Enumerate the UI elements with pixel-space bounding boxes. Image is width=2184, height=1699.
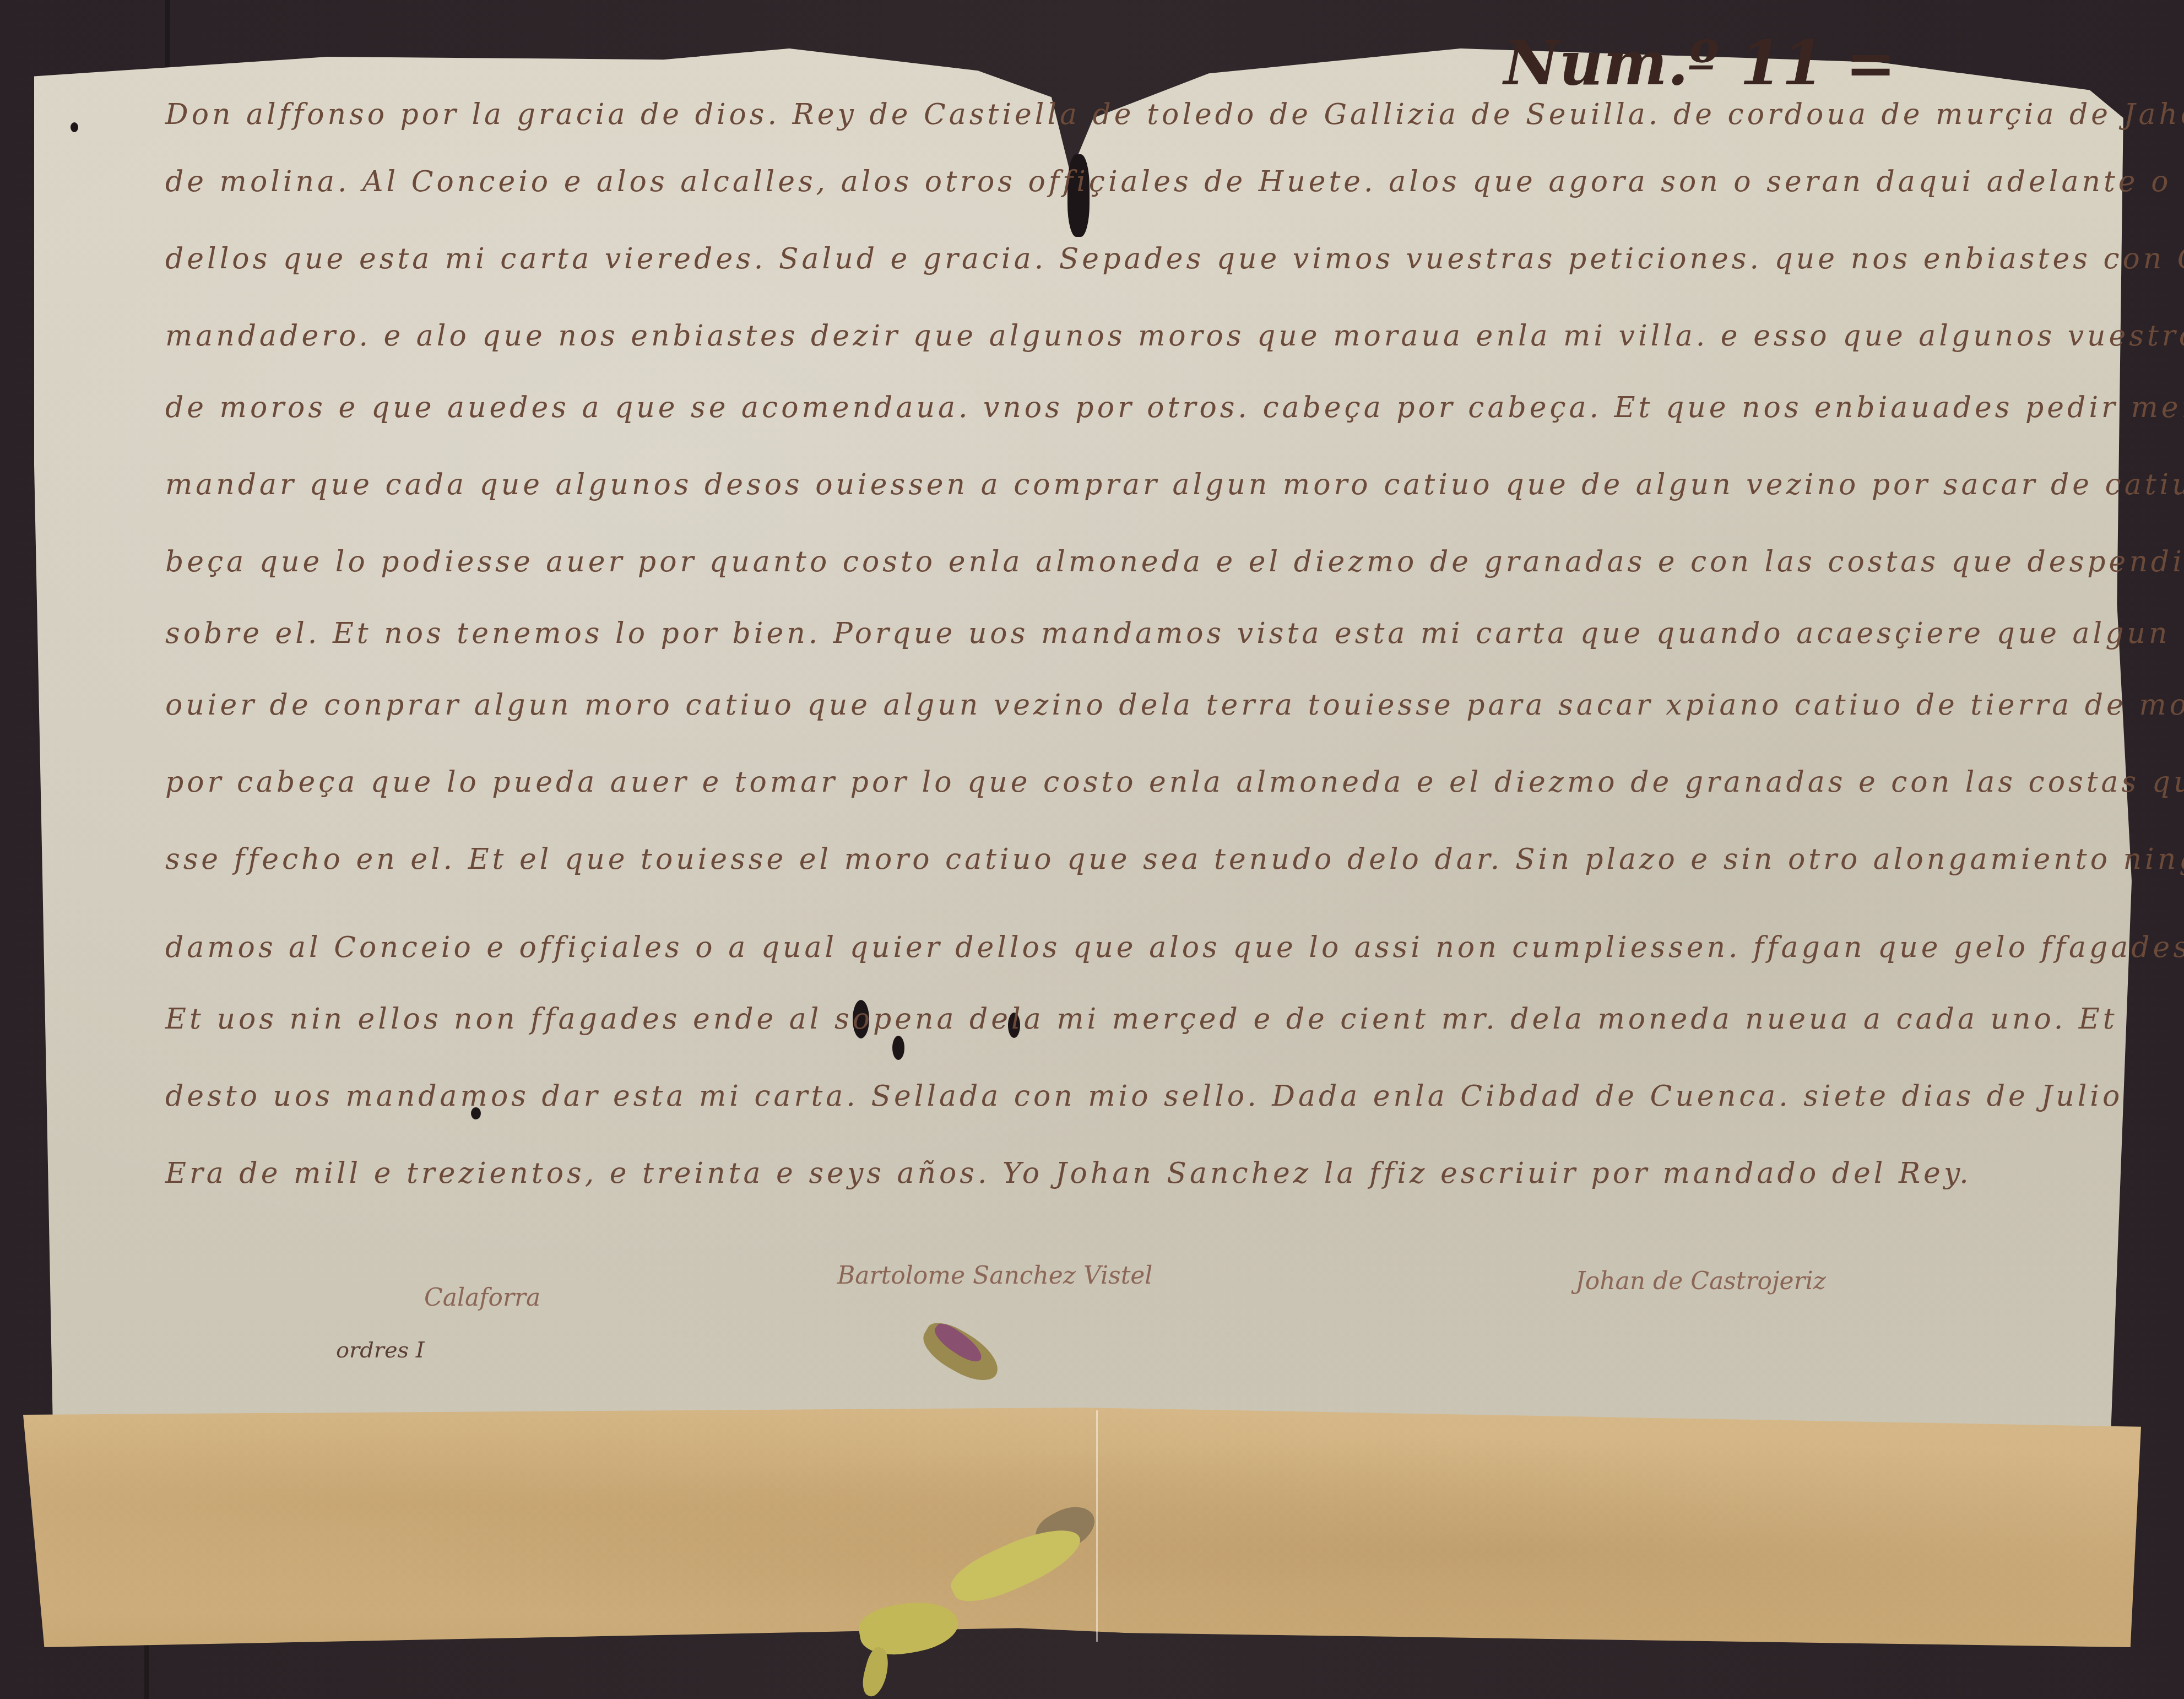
- ink-dot: [71, 122, 78, 132]
- text-line: sse ffecho en el. Et el que touiesse el …: [165, 843, 2184, 876]
- text-line: dellos que esta mi carta vieredes. Salud…: [165, 242, 2184, 275]
- fold-crease: [1096, 1410, 1098, 1642]
- signature-right: Johan de Castrojeriz: [1575, 1267, 1826, 1295]
- text-line: beça que lo podiesse auer por quanto cos…: [165, 545, 2184, 578]
- text-line: damos al Conceio e offiçiales o a qual q…: [165, 931, 2184, 964]
- text-line: Don alffonso por la gracia de dios. Rey …: [165, 98, 2184, 131]
- text-line: mandadero. e alo que nos enbiastes dezir…: [165, 320, 2184, 353]
- text-line: sobre el. Et nos tenemos lo por bien. Po…: [165, 617, 2184, 650]
- signature-left: Bartolome Sanchez Vistel: [837, 1262, 1152, 1290]
- text-line: Et uos nin ellos non ffagades ende al so…: [165, 1003, 2118, 1036]
- text-line: Era de mill e trezientos, e treinta e se…: [165, 1157, 1972, 1190]
- text-line: desto uos mandamos dar esta mi carta. Se…: [165, 1080, 2123, 1113]
- text-line: por cabeça que lo pueda auer e tomar por…: [165, 766, 2184, 799]
- damage-hole: [892, 1036, 904, 1060]
- archive-number: Num.º 11 =: [1504, 28, 1896, 99]
- text-line: ouier de conprar algun moro catiuo que a…: [165, 689, 2184, 722]
- text-line: mandar que cada que algunos desos ouiess…: [165, 468, 2184, 501]
- text-line: de molina. Al Conceio e alos alcalles, a…: [165, 165, 2184, 198]
- text-line: de moros e que auedes a que se acomendau…: [165, 391, 2184, 424]
- plica-text: ordres I: [336, 1338, 425, 1363]
- signature-corner: Calaforra: [424, 1284, 540, 1312]
